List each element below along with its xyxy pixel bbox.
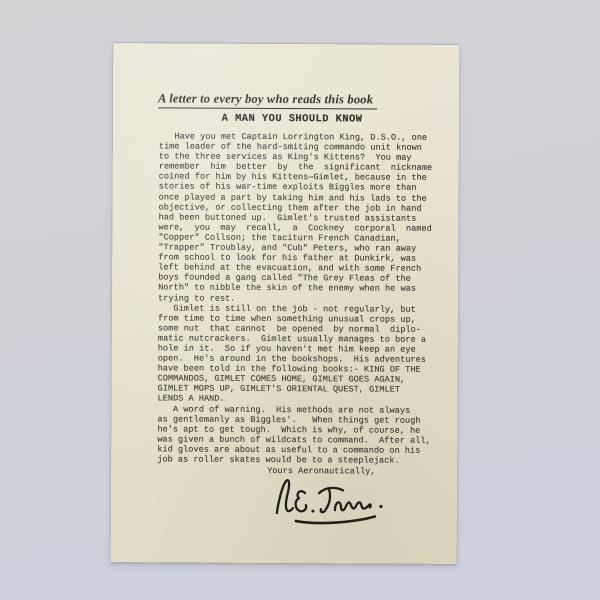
signature-j-top-bar — [319, 488, 343, 494]
signature-initial-e-stroke — [296, 491, 307, 511]
paragraph-2: Gimlet is still on the job - not regular… — [157, 303, 440, 405]
paragraph-1: Have you met Captain Lorrington King, D.… — [158, 131, 441, 304]
letter-page: A letter to every boy who reads this boo… — [111, 43, 460, 564]
letter-title: A MAN YOU SHOULD KNOW — [159, 112, 425, 125]
signature-j-stem — [321, 489, 330, 512]
signature-final-period — [379, 505, 382, 508]
paragraph-3: A word of warning. His methods are not a… — [157, 404, 439, 466]
signature: W.E. John — [269, 475, 389, 528]
letter-header: A letter to every boy who reads this boo… — [158, 91, 377, 109]
letter-body: Have you met Captain Lorrington King, D.… — [157, 131, 441, 477]
signature-initial-w-stroke — [277, 480, 293, 513]
photo-background: A letter to every boy who reads this boo… — [0, 0, 600, 600]
signature-dot-after-e — [311, 510, 314, 513]
signature-ohn-squiggle — [335, 502, 371, 510]
signature-underline — [296, 516, 375, 523]
